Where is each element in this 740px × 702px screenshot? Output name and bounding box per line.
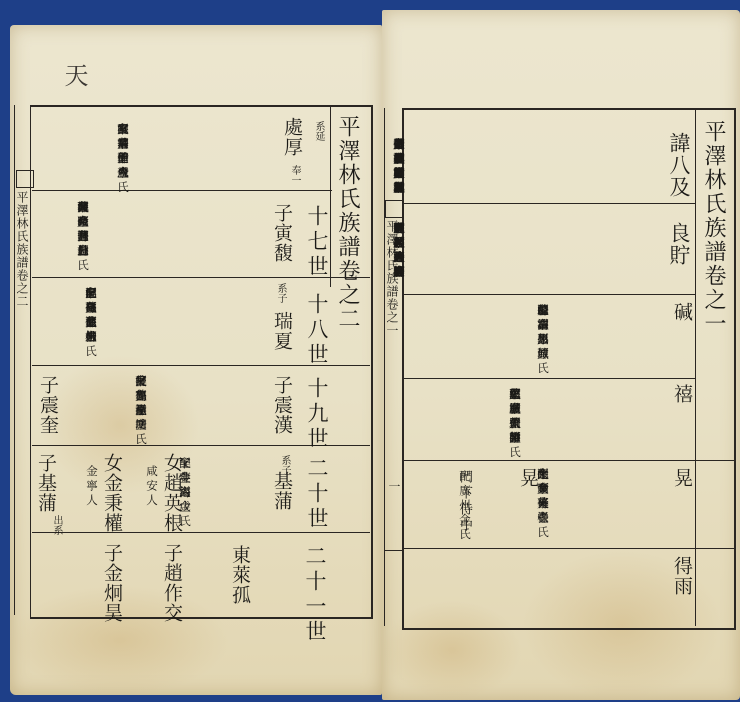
margin-title: 平澤林氏族譜卷之二 xyxy=(16,191,28,308)
person-name: 東萊孤 xyxy=(230,545,249,605)
person-name: 瑞夏 xyxy=(272,311,291,351)
row-divider xyxy=(404,548,734,549)
row-divider xyxy=(404,378,696,379)
person-name: 得雨 xyxy=(672,556,691,596)
person-name: 晃 xyxy=(672,468,691,488)
generation-label: 二十一世 xyxy=(304,545,325,645)
row-divider xyxy=(32,190,332,191)
person-name: 子寅馥 xyxy=(272,203,291,263)
person-name: 晃 xyxy=(518,468,537,488)
person-name: 禧 xyxy=(672,384,691,404)
page-title-column: 平澤林氏族譜卷之一 xyxy=(702,120,724,336)
generation-label: 十七世 xyxy=(306,205,327,280)
fish-tail-mark-icon xyxy=(16,170,34,188)
clan-origin: 咸安人 xyxy=(144,465,159,509)
person-name: 諱八及 xyxy=(668,132,689,198)
person-name: 子基蒲 xyxy=(36,453,55,513)
person-name: 碱 xyxy=(672,302,691,322)
title-column-border xyxy=(330,107,331,287)
generation-label: 二十世 xyxy=(306,457,327,532)
person-name: 子震漢 xyxy=(272,375,291,435)
row-divider xyxy=(404,294,696,295)
page-number: 一 xyxy=(388,480,400,492)
margin-border xyxy=(384,108,385,626)
fish-tail-mark-icon xyxy=(385,200,403,218)
person-name: 良貯 xyxy=(668,222,689,266)
margin-rule xyxy=(384,550,402,551)
person-name: 子趙作交 xyxy=(162,543,181,623)
generation-label: 十八世 xyxy=(306,293,327,368)
page-title-column: 平澤林氏族譜卷之二 xyxy=(336,115,358,331)
volume-mark: 天 xyxy=(62,63,86,87)
row-divider xyxy=(404,460,734,461)
margin-border xyxy=(14,105,15,615)
person-name: 子金炯昊 xyxy=(102,543,121,623)
person-name: 女金秉權 xyxy=(102,453,121,533)
generation-label: 十九世 xyxy=(306,377,327,452)
person-name: 處厚 xyxy=(282,117,301,157)
clan-origin: 金寧人 xyxy=(84,465,99,509)
row-divider xyxy=(404,203,696,204)
left-page: 天 平澤林氏族譜卷之二 平澤林氏族譜卷之二 系延 處厚 奉一 字秉伯丁 亥生甲戌… xyxy=(10,25,382,695)
right-page: 平澤林氏族譜卷之一 一 平澤林氏族譜卷之一 諱八及 皇朝翰林 學士與藤 仁敬許皇… xyxy=(382,10,740,700)
person-name: 基蒲 xyxy=(272,471,291,511)
lineage-note: 奉一 xyxy=(288,165,300,185)
lineage-note: 系子 xyxy=(274,283,286,303)
lineage-note: 出系 xyxy=(50,515,62,535)
lineage-note: 系延 xyxy=(312,121,324,141)
person-name: 子震奎 xyxy=(38,375,57,435)
row-divider xyxy=(32,532,370,533)
person-name: 女趙英根 xyxy=(162,453,181,533)
